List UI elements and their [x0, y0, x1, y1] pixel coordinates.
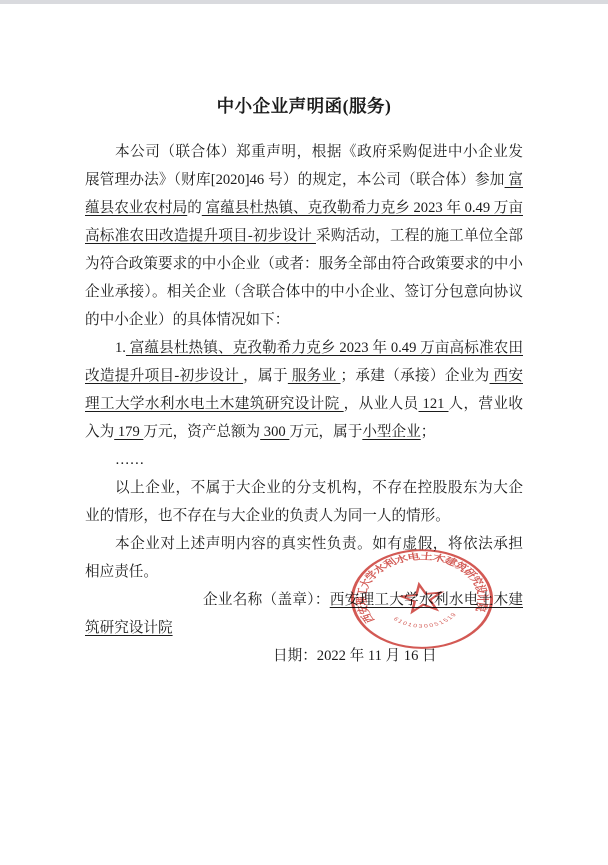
page-top-edge — [0, 0, 608, 4]
item-text-5: 万元，资产总额为 — [143, 424, 260, 440]
company-seal-label: 企业名称（盖章）： — [203, 592, 330, 608]
intro-text: 本公司（联合体）郑重声明，根据《政府采购促进中小企业发展管理办法》（财库[202… — [85, 144, 523, 188]
item-number: 1. — [115, 340, 126, 356]
paragraph-ellipsis: …… — [85, 446, 523, 474]
assets-amount-underlined: 300 — [260, 424, 289, 440]
signature-line: 企业名称（盖章）：西安理工大学水利水电土木建筑研究设计院 — [85, 586, 523, 642]
item-text-7: ； — [421, 424, 436, 440]
item-text-1: ，属于 — [243, 368, 288, 384]
industry-type-underlined: 服务业 — [288, 368, 341, 384]
paragraph-no-large-enterprise: 以上企业，不属于大企业的分支机构，不存在控股股东为大企业的情形，也不存在与大企业… — [85, 474, 523, 530]
enterprise-size-underlined: 小型企业 — [362, 424, 420, 440]
intro-connector: 的 — [187, 200, 202, 216]
item-text-3: ，从业人员 — [344, 396, 419, 412]
document-content: 中小企业声明函(服务) 本公司（联合体）郑重声明，根据《政府采购促进中小企业发展… — [85, 94, 523, 670]
paragraph-enterprise-item-1: 1. 富蕴县杜热镇、克孜勒希力克乡 2023 年 0.49 万亩高标准农田改造提… — [85, 334, 523, 446]
declaration-document-page: 中小企业声明函(服务) 本公司（联合体）郑重声明，根据《政府采购促进中小企业发展… — [0, 0, 608, 865]
item-text-2: ；承建（承接）企业为 — [341, 368, 490, 384]
employee-count-underlined: 121 — [419, 396, 449, 412]
paragraph-responsibility: 本企业对上述声明内容的真实性负责。如有虚假，将依法承担相应责任。 — [85, 530, 523, 586]
paragraph-declaration-intro: 本公司（联合体）郑重声明，根据《政府采购促进中小企业发展管理办法》（财库[202… — [85, 138, 523, 334]
date-line: 日期：2022 年 11 月 16 日 — [85, 642, 523, 670]
item-text-6: 万元，属于 — [289, 424, 362, 440]
revenue-amount-underlined: 179 — [114, 424, 143, 440]
document-title: 中小企业声明函(服务) — [85, 94, 523, 118]
